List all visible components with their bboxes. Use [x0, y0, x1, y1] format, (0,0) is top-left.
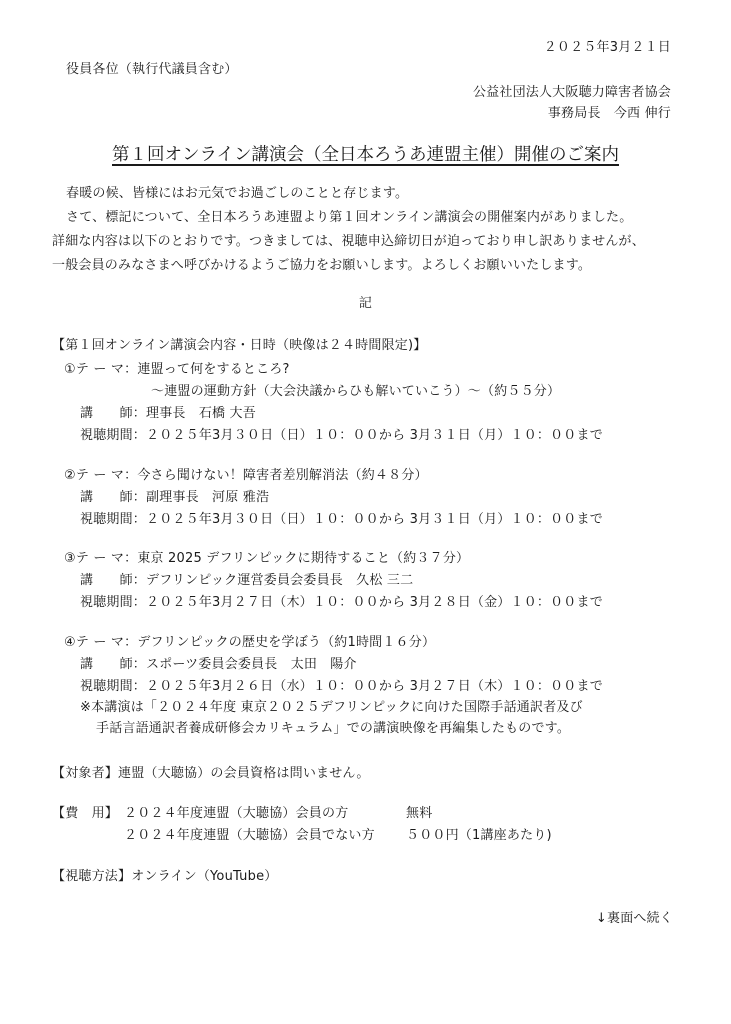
lecturer-label: 講 師： [80, 657, 146, 672]
lecture-lecturer-row: 講 師：デフリンピック運営委員会委員長 久松 三二 [80, 573, 413, 589]
lecture-period: ２０２５年3月２６日（水）１０：００から 3月２７日（木）１０：００まで [146, 679, 603, 694]
lecture-theme-line-2: ～連盟の運動方針（大会決議からひも解いていこう）～（約５５分） [151, 384, 560, 400]
lecture-theme: 今さら聞けない！障害者差別解消法（約４８分） [137, 468, 427, 483]
lecture-lecturer-row: 講 師：理事長 石橋 大吾 [80, 406, 256, 422]
period-label: 視聴期間： [80, 679, 146, 694]
lecturer-label: 講 師： [80, 490, 146, 505]
lecture-note-line-1: ※本講演は「２０２４年度 東京２０２５デフリンピックに向けた国際手話通訳者及び [80, 700, 583, 716]
lecture-theme-row: ①テ ー マ：連盟って何をするところ? [64, 362, 290, 378]
section-header: 【第１回オンライン講演会内容・日時（映像は２４時間限定)】 [52, 338, 426, 354]
title-text: 第１回オンライン講演会（全日本ろうあ連盟主催）開催のご案内 [112, 145, 619, 165]
lecture-number: ③ [64, 551, 76, 566]
sender-organization: 公益社団法人大阪聴力障害者協会 [473, 85, 671, 101]
lecture-theme-row: ④テ ー マ：デフリンピックの歴史を学ぼう（約1時間１６分） [64, 635, 435, 651]
theme-label: テ ー マ： [76, 551, 137, 566]
lecturer-label: 講 師： [80, 406, 146, 421]
lecture-lecturer-row: 講 師：副理事長 河原 雅浩 [80, 490, 269, 506]
period-label: 視聴期間： [80, 595, 146, 610]
document-page: ２０２５年3月２１日 役員各位（執行代議員含む） 公益社団法人大阪聴力障害者協会… [0, 0, 731, 1024]
lecture-theme: 東京 2025 デフリンピックに期待すること（約３７分） [137, 551, 469, 566]
theme-label: テ ー マ： [76, 468, 137, 483]
target-row: 【対象者】連盟（大聴協）の会員資格は問いません。 [52, 766, 370, 782]
theme-label: テ ー マ： [76, 635, 137, 650]
lecture-period-row: 視聴期間：２０２５年3月３０日（日）１０：００から 3月３１日（月）１０：００ま… [80, 428, 603, 444]
lecturer-label: 講 師： [80, 573, 146, 588]
fee-who-2: ２０２４年度連盟（大聴協）会員でない方 [124, 828, 375, 844]
document-title: 第１回オンライン講演会（全日本ろうあ連盟主催）開催のご案内 [0, 144, 731, 166]
paragraph-line-2: 詳細な内容は以下のとおりです。つきましては、視聴申込締切日が迫っており申し訳あり… [52, 234, 645, 250]
lecture-period: ２０２５年3月３０日（日）１０：００から 3月３１日（月）１０：００まで [146, 512, 603, 527]
fee-price-2: ５００円（1講座あたり) [406, 828, 552, 844]
lecture-lecturer: 副理事長 河原 雅浩 [146, 490, 269, 505]
lecture-period-row: 視聴期間：２０２５年3月２７日（木）１０：００から 3月２８日（金）１０：００ま… [80, 595, 603, 611]
method-value: オンライン（YouTube） [131, 869, 277, 884]
ki-heading: 記 [0, 296, 731, 312]
period-label: 視聴期間： [80, 428, 146, 443]
document-date: ２０２５年3月２１日 [544, 40, 671, 56]
lecture-theme: デフリンピックの歴史を学ぼう（約1時間１６分） [137, 635, 435, 650]
fee-price-1: 無料 [406, 806, 432, 822]
lecture-period-row: 視聴期間：２０２５年3月２６日（水）１０：００から 3月２７日（木）１０：００ま… [80, 679, 603, 695]
lecture-period: ２０２５年3月２７日（木）１０：００から 3月２８日（金）１０：００まで [146, 595, 603, 610]
lecture-theme-row: ②テ ー マ：今さら聞けない！障害者差別解消法（約４８分） [64, 468, 428, 484]
fee-label: 【費 用】 [52, 806, 118, 822]
lecture-lecturer: スポーツ委員会委員長 太田 陽介 [146, 657, 357, 672]
theme-label: テ ー マ： [76, 362, 137, 377]
lecture-number: ④ [64, 635, 76, 650]
fee-who-1: ２０２４年度連盟（大聴協）会員の方 [124, 806, 348, 822]
lecture-lecturer: 理事長 石橋 大吾 [146, 406, 256, 421]
period-label: 視聴期間： [80, 512, 146, 527]
method-row: 【視聴方法】オンライン（YouTube） [52, 869, 277, 885]
lecture-theme-row: ③テ ー マ：東京 2025 デフリンピックに期待すること（約３７分） [64, 551, 469, 567]
sender-name: 事務局長 今西 伸行 [548, 106, 671, 122]
lecture-note-line-2: 手話言語通訳者養成研修会カリキュラム」での講演映像を再編集したものです。 [96, 721, 570, 737]
target-label: 【対象者】 [52, 766, 118, 781]
lecture-period: ２０２５年3月３０日（日）１０：００から 3月３１日（月）１０：００まで [146, 428, 603, 443]
lecture-lecturer: デフリンピック運営委員会委員長 久松 三二 [146, 573, 413, 588]
recipients: 役員各位（執行代議員含む） [66, 62, 238, 78]
paragraph-line-3: 一般会員のみなさまへ呼びかけるようご協力をお願いします。よろしくお願いいたします… [52, 258, 591, 274]
lecture-number: ② [64, 468, 76, 483]
method-label: 【視聴方法】 [52, 869, 131, 884]
lecture-number: ① [64, 362, 76, 377]
lecture-theme: 連盟って何をするところ? [137, 362, 289, 377]
greeting: 春暖の候、皆様にはお元気でお過ごしのことと存じます。 [66, 186, 408, 202]
target-value: 連盟（大聴協）の会員資格は問いません。 [118, 766, 370, 781]
paragraph-line-1: さて、標記について、全日本ろうあ連盟より第１回オンライン講演会の開催案内がありま… [66, 210, 632, 226]
continue-note: ↓裏面へ続く [596, 911, 673, 927]
lecture-lecturer-row: 講 師：スポーツ委員会委員長 太田 陽介 [80, 657, 357, 673]
lecture-period-row: 視聴期間：２０２５年3月３０日（日）１０：００から 3月３１日（月）１０：００ま… [80, 512, 603, 528]
